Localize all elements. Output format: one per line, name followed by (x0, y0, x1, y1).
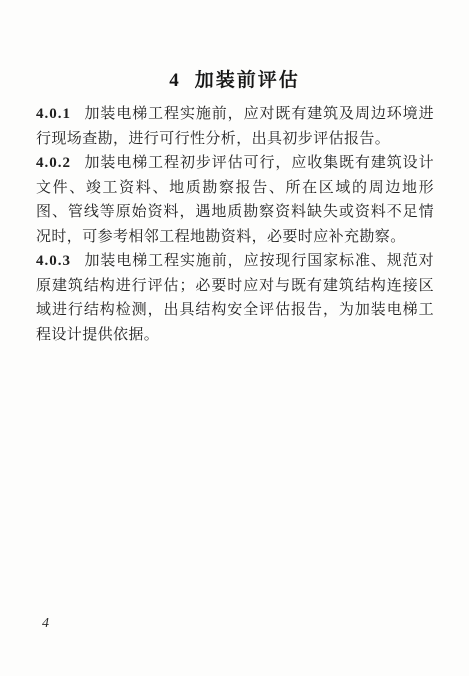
document-page: 4加装前评估 4.0.1加装电梯工程实施前，应对既有建筑及周边环境进行现场查勘，… (0, 0, 469, 676)
clause-number: 4.0.3 (36, 253, 71, 269)
clause-text: 加装电梯工程实施前，应按现行国家标准、规范对原建筑结构进行评估；必要时应对与既有… (36, 253, 434, 343)
clause-text: 加装电梯工程实施前，应对既有建筑及周边环境进行现场查勘，进行可行性分析，出具初步… (36, 106, 434, 147)
chapter-number: 4 (169, 70, 179, 91)
clause-4-0-3: 4.0.3加装电梯工程实施前，应按现行国家标准、规范对原建筑结构进行评估；必要时… (36, 249, 434, 347)
chapter-title: 加装前评估 (195, 70, 300, 91)
body-text-block: 4.0.1加装电梯工程实施前，应对既有建筑及周边环境进行现场查勘，进行可行性分析… (36, 102, 434, 347)
chapter-heading: 4加装前评估 (0, 65, 469, 92)
clause-number: 4.0.2 (36, 155, 71, 171)
clause-4-0-1: 4.0.1加装电梯工程实施前，应对既有建筑及周边环境进行现场查勘，进行可行性分析… (36, 102, 434, 151)
clause-4-0-2: 4.0.2加装电梯工程初步评估可行，应收集既有建筑设计文件、竣工资料、地质勘察报… (36, 151, 434, 249)
clause-text: 加装电梯工程初步评估可行，应收集既有建筑设计文件、竣工资料、地质勘察报告、所在区… (36, 155, 434, 245)
clause-number: 4.0.1 (36, 106, 71, 122)
page-number: 4 (42, 616, 49, 632)
